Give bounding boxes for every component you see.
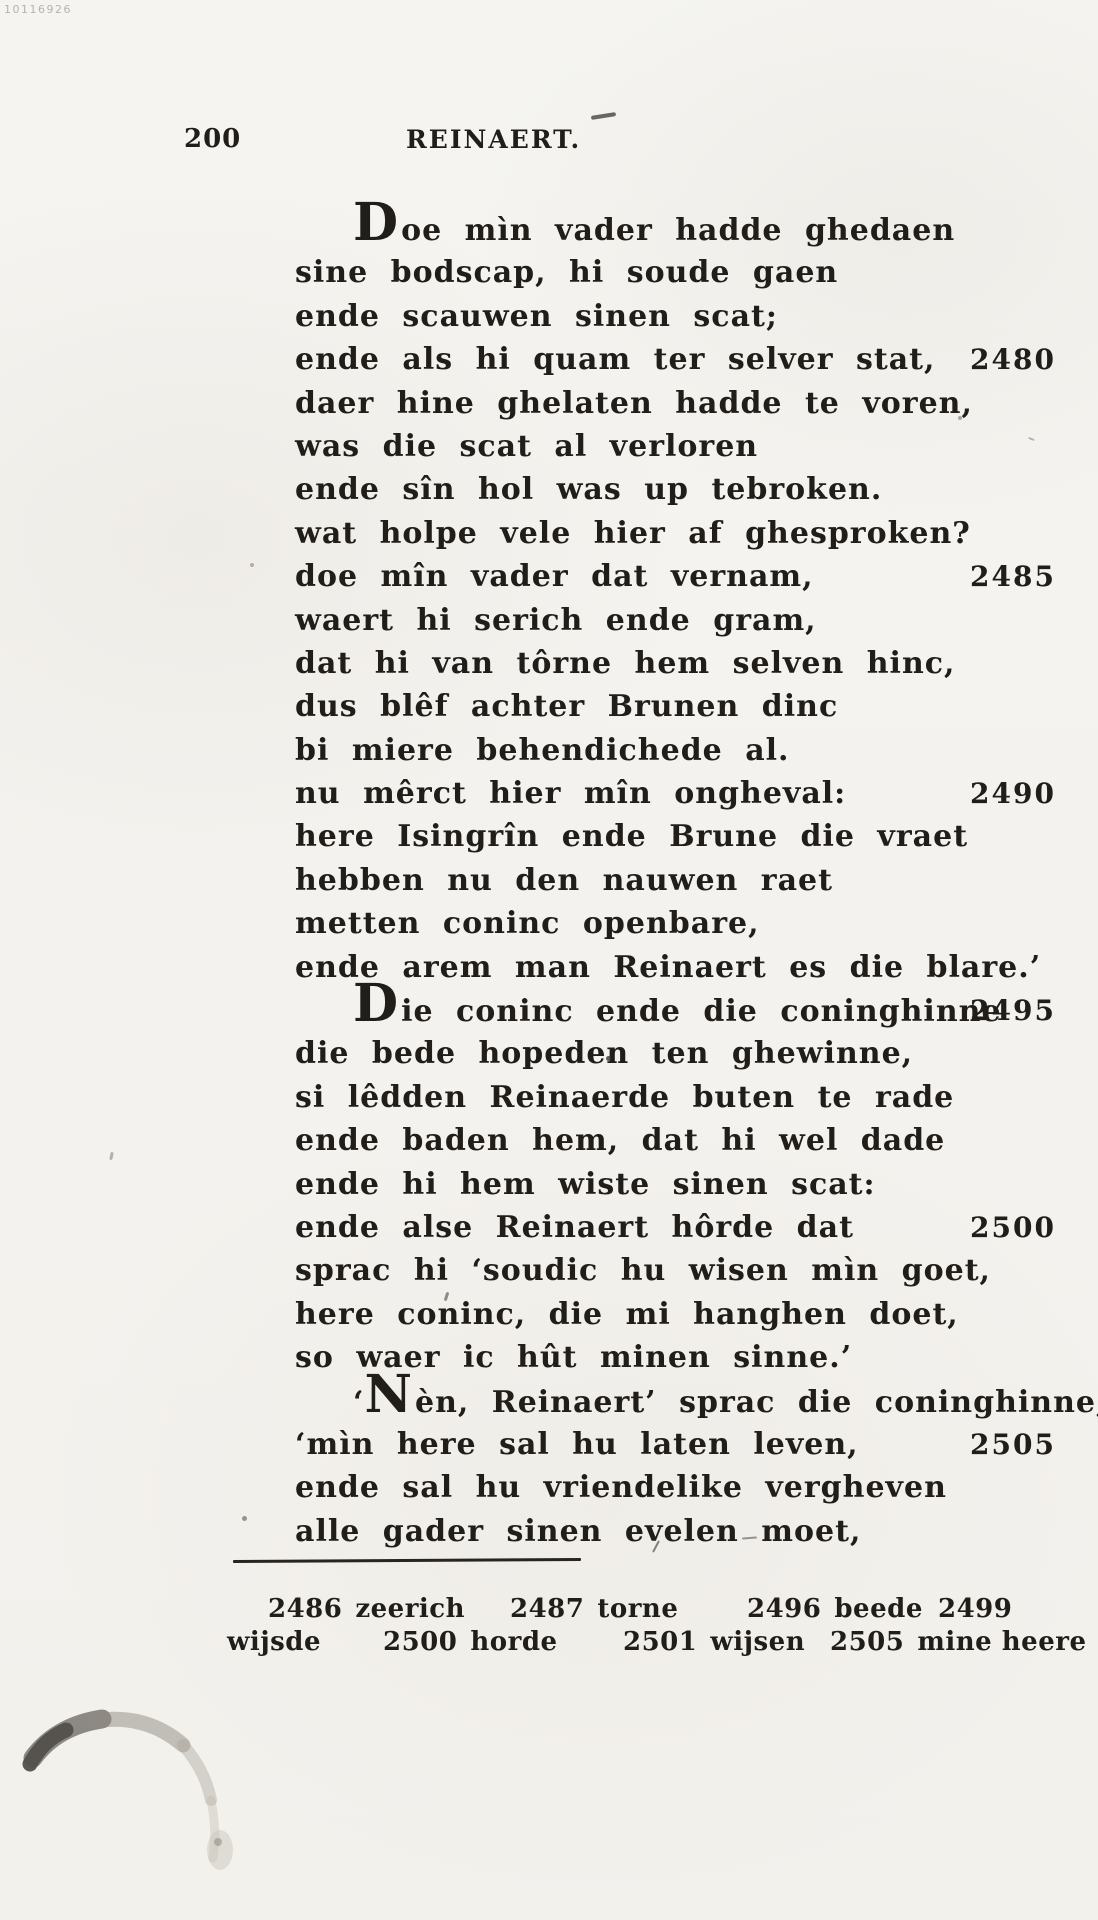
drop-cap-initial: N bbox=[364, 1380, 413, 1410]
poem-line-text: ende als hi quam ter selver stat, bbox=[295, 342, 935, 377]
footnote-verse-number: 2487 bbox=[510, 1594, 584, 1624]
poem-line: here coninc, die mi hanghen doet, bbox=[295, 1293, 1055, 1336]
poem-line-text: sprac hi ‘soudic hu wisen mìn goet, bbox=[295, 1253, 991, 1288]
scanned-book-page: 10116926 200 REINAERT. Doe mìn vader had… bbox=[0, 0, 1098, 1920]
poem-line-text: metten coninc openbare, bbox=[295, 906, 760, 941]
stray-dash-mark bbox=[591, 112, 616, 120]
poem-line-text: dus blêf achter Brunen dinc bbox=[295, 689, 838, 724]
poem-line: hebben nu den nauwen raet bbox=[295, 859, 1055, 902]
poem-line: doe mîn vader dat vernam,2485 bbox=[295, 555, 1055, 598]
poem-line: alle gader sinen evelen moet, bbox=[295, 1510, 1055, 1553]
footnote-verse-number: 2496 bbox=[747, 1594, 821, 1624]
poem: Doe mìn vader hadde ghedaensine bodscap,… bbox=[295, 208, 1055, 1553]
ink-speck bbox=[242, 1516, 247, 1521]
poem-line: ende alse Reinaert hôrde dat2500 bbox=[295, 1206, 1055, 1249]
page-number: 200 bbox=[184, 124, 241, 154]
footnote-entry: 2499 bbox=[938, 1594, 1025, 1624]
poem-line: dat hi van tôrne hem selven hinc, bbox=[295, 642, 1055, 685]
poem-line: waert hi serich ende gram, bbox=[295, 599, 1055, 642]
poem-line-text: here coninc, die mi hanghen doet, bbox=[295, 1297, 959, 1332]
drop-cap-initial: D bbox=[353, 208, 399, 238]
footnote-variant-word: zeerich bbox=[355, 1594, 465, 1624]
poem-line-text: here Isingrîn ende Brune die vraet bbox=[295, 819, 968, 854]
poem-line: Die coninc ende die coninghinne2495 bbox=[295, 989, 1055, 1032]
poem-line-text: alle gader sinen evelen moet, bbox=[295, 1514, 861, 1549]
footnote-verse-number: 2500 bbox=[383, 1627, 457, 1657]
opening-quote: ‘ bbox=[353, 1385, 364, 1420]
poem-line: ‘mìn here sal hu laten leven,2505 bbox=[295, 1423, 1055, 1466]
footnote-entry: 2487torne bbox=[510, 1594, 678, 1624]
ink-speck bbox=[109, 1152, 114, 1160]
verse-number: 2485 bbox=[970, 555, 1056, 598]
footnote-entry: 2486zeerich bbox=[268, 1594, 465, 1624]
poem-line-text: sine bodscap, hi soude gaen bbox=[295, 255, 838, 290]
poem-line-text: nu mêrct hier mîn ongheval: bbox=[295, 776, 846, 811]
poem-line: ende als hi quam ter selver stat,2480 bbox=[295, 338, 1055, 381]
footnote-variant-word: horde bbox=[470, 1627, 557, 1657]
footnote-variant-word: beede bbox=[834, 1594, 923, 1624]
poem-line-text: ende alse Reinaert hôrde dat bbox=[295, 1210, 854, 1245]
poem-line: here Isingrîn ende Brune die vraet bbox=[295, 815, 1055, 858]
poem-line-text: ‘mìn here sal hu laten leven, bbox=[295, 1427, 859, 1462]
poem-line-text: die bede hopeden ten ghewinne, bbox=[295, 1036, 913, 1071]
poem-line-text: waert hi serich ende gram, bbox=[295, 603, 817, 638]
poem-line-text: oe mìn vader hadde ghedaen bbox=[401, 213, 955, 248]
poem-line-text: wat holpe vele hier af ghesproken? bbox=[295, 516, 971, 551]
poem-line-text: doe mîn vader dat vernam, bbox=[295, 559, 814, 594]
scan-smudge bbox=[0, 1690, 300, 1910]
poem-line-text: ende scauwen sinen scat; bbox=[295, 299, 778, 334]
footnote-verse-number: 2505 bbox=[830, 1627, 904, 1657]
footnote-variant-word: mine heere bbox=[917, 1627, 1086, 1657]
poem-line: sine bodscap, hi soude gaen bbox=[295, 251, 1055, 294]
footnote-variant-word: wijsen bbox=[710, 1627, 805, 1657]
poem-line: was die scat al verloren bbox=[295, 425, 1055, 468]
verse-number: 2480 bbox=[970, 338, 1056, 381]
poem-line: Doe mìn vader hadde ghedaen bbox=[295, 208, 1055, 251]
poem-line: die bede hopeden ten ghewinne, bbox=[295, 1032, 1055, 1075]
verse-number: 2505 bbox=[970, 1423, 1056, 1466]
poem-line: si lêdden Reinaerde buten te rade bbox=[295, 1076, 1055, 1119]
poem-line: dus blêf achter Brunen dinc bbox=[295, 685, 1055, 728]
footnote-verse-number: 2501 bbox=[623, 1627, 697, 1657]
poem-line-text: si lêdden Reinaerde buten te rade bbox=[295, 1080, 954, 1115]
poem-line-text: ende sal hu vriendelike vergheven bbox=[295, 1470, 947, 1505]
poem-line-text: daer hine ghelaten hadde te voren, bbox=[295, 386, 973, 421]
poem-line: wat holpe vele hier af ghesproken? bbox=[295, 512, 1055, 555]
verse-number: 2490 bbox=[970, 772, 1056, 815]
poem-line-text: ende baden hem, dat hi wel dade bbox=[295, 1123, 945, 1158]
poem-line: nu mêrct hier mîn ongheval:2490 bbox=[295, 772, 1055, 815]
poem-line-text: was die scat al verloren bbox=[295, 429, 758, 464]
footnote-entry: wijsde bbox=[227, 1627, 321, 1657]
poem-line-text: ende sîn hol was up tebroken. bbox=[295, 472, 882, 507]
poem-line-text: èn, Reinaert’ sprac die coninghinne, bbox=[415, 1385, 1098, 1420]
poem-line-text: bi miere behendichede al. bbox=[295, 733, 789, 768]
poem-line-text: ende hi hem wiste sinen scat: bbox=[295, 1167, 876, 1202]
poem-line: ‘Nèn, Reinaert’ sprac die coninghinne, bbox=[295, 1380, 1055, 1423]
poem-line: bi miere behendichede al. bbox=[295, 729, 1055, 772]
footnote-entry: 2496beede bbox=[747, 1594, 923, 1624]
ink-speck bbox=[250, 563, 254, 567]
poem-line: ende sîn hol was up tebroken. bbox=[295, 468, 1055, 511]
poem-line-text: dat hi van tôrne hem selven hinc, bbox=[295, 646, 955, 681]
poem-line: ende baden hem, dat hi wel dade bbox=[295, 1119, 1055, 1162]
poem-line: ende scauwen sinen scat; bbox=[295, 295, 1055, 338]
poem-line-text: hebben nu den nauwen raet bbox=[295, 863, 833, 898]
poem-line-text: ende arem man Reinaert es die blare.’ bbox=[295, 950, 1041, 985]
poem-line: ende hi hem wiste sinen scat: bbox=[295, 1163, 1055, 1206]
footnote-entry: 2501wijsen bbox=[623, 1627, 805, 1657]
drop-cap-initial: D bbox=[353, 989, 399, 1019]
footnote-entry: 2505mine heere bbox=[830, 1627, 1087, 1657]
poem-line-text: ie coninc ende die coninghinne bbox=[401, 994, 1001, 1029]
footnote-verse-number: 2499 bbox=[938, 1594, 1012, 1624]
verse-number: 2500 bbox=[970, 1206, 1056, 1249]
running-title: REINAERT. bbox=[406, 125, 581, 154]
ink-speck bbox=[958, 416, 962, 420]
footnote-rule bbox=[233, 1558, 581, 1563]
ink-speck bbox=[606, 1056, 611, 1061]
verse-number: 2495 bbox=[970, 989, 1056, 1032]
poem-line: sprac hi ‘soudic hu wisen mìn goet, bbox=[295, 1249, 1055, 1292]
scan-id-watermark: 10116926 bbox=[4, 3, 72, 16]
footnote-variant-word: torne bbox=[597, 1594, 678, 1624]
poem-line: ende arem man Reinaert es die blare.’ bbox=[295, 946, 1055, 989]
footnote-verse-number: 2486 bbox=[268, 1594, 342, 1624]
poem-line: ende sal hu vriendelike vergheven bbox=[295, 1466, 1055, 1509]
footnote-variant-word: wijsde bbox=[227, 1627, 321, 1657]
footnote-entry: 2500horde bbox=[383, 1627, 558, 1657]
poem-line: daer hine ghelaten hadde te voren, bbox=[295, 382, 1055, 425]
poem-line: metten coninc openbare, bbox=[295, 902, 1055, 945]
